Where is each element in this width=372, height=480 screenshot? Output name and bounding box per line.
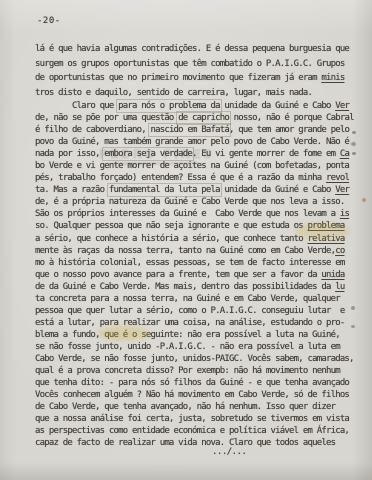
text-line: ta. Mas a razão fundamental da luta pela… (35, 184, 357, 196)
text-segment: nosso, não é porque Cabral (229, 113, 354, 123)
text-segment: nada por isso, (35, 149, 104, 159)
text-line: pés, trabalho forçado) entendem? Essa é … (35, 172, 357, 184)
text-segment: unidade da Guiné e Cabo (220, 185, 335, 195)
paper-stain (295, 223, 350, 240)
text-segment: de da Guiné e Cabo Verde. Mas mais, dent… (35, 282, 335, 292)
text-line: capaz de facto de realizar uma vida nova… (35, 437, 357, 449)
text-line: que tenha dito: - para nós só filhos da … (35, 377, 357, 389)
text-segment: tros disto e daquilo, sentido de carreir… (35, 88, 312, 98)
paper-stain (98, 326, 150, 341)
text-line: Claro que para nós o problema da unidade… (35, 100, 357, 112)
text-segment: ta concreta para a nossa terra, na Guiné… (35, 294, 340, 304)
text-line: mente às raças da nossa terra, tanto na … (35, 245, 357, 257)
pencil-boxed-text: de capricho (178, 113, 229, 123)
text-segment: São os próprios interesses da Guiné e Ca… (35, 209, 340, 219)
text-segment: que tenha dito: - para nós só filhos da … (35, 378, 349, 388)
pencil-boxed-text: para nós o problema da (118, 101, 220, 111)
text-segment: está a lutar, para realizar uma coisa, n… (35, 318, 344, 328)
text-segment: , que tem amor grande pelo (229, 125, 349, 135)
text-line: surgem os grupos oportunistas que têm co… (35, 57, 357, 72)
text-line: de, não se põe por uma questão de capric… (35, 112, 357, 124)
underlined-text: co (335, 246, 344, 256)
underlined-text: lu (335, 282, 344, 292)
text-segment: qual é a prova concreta disso? Por exemp… (35, 366, 340, 376)
underlined-text: minis (321, 73, 344, 83)
text-segment: de Cabo Verde, que tenha avançado, não h… (35, 402, 335, 412)
pencil-mark (352, 152, 356, 155)
page-number: -20- (37, 16, 61, 26)
scanned-page: PEDRO PIRES -20- lá é que havia algumas … (0, 0, 372, 480)
text-segment: que a nossa análise foi certa, justa, so… (35, 414, 349, 424)
text-line: está a lutar, para realizar uma coisa, n… (35, 317, 357, 329)
text-segment: capaz de facto de realizar uma vida nova… (35, 438, 335, 448)
pencil-mark (351, 306, 355, 310)
underlined-text: Ca (340, 149, 349, 159)
text-segment: so. Qualquer pessoa que não seja ignoran… (35, 221, 308, 231)
text-line: que o nosso povo avance para a frente, t… (35, 269, 357, 281)
document-body: lá é que havia algumas contradições. E é… (35, 42, 357, 449)
pencil-mark (352, 131, 356, 134)
paper-speck (362, 198, 366, 202)
text-segment: povo da Guiné, mas também grande amor pe… (35, 137, 349, 147)
continuation-mark: .../... (212, 447, 246, 457)
text-segment: a sério, que conhece a história a sério,… (35, 234, 308, 244)
text-line: pessoa que quer lutar a sério, como o P.… (35, 305, 357, 317)
pencil-boxed-text: embora seja verdade (104, 149, 192, 159)
text-line: nada por isso, embora seja verdade. Eu v… (35, 148, 357, 160)
text-segment: lá é que havia algumas contradições. E é… (35, 44, 349, 54)
text-segment: Vocês conhecem alguém ? Não há movimento… (35, 390, 349, 400)
text-line: que a nossa análise foi certa, justa, so… (35, 413, 357, 425)
underlined-text: unida (321, 270, 344, 280)
text-segment: pessoa que quer lutar a sério, como o P.… (35, 306, 344, 316)
text-segment: que o nosso povo avance para a frente, t… (35, 270, 321, 280)
text-segment: pés, trabalho forçado) entendem? Essa é … (35, 173, 326, 183)
text-segment: Cabo Verde, se não fosse junto, unidos-P… (35, 354, 354, 364)
text-segment: de oportunistas que no primeiro moviment… (35, 73, 321, 83)
pencil-boxed-text: fundamental da luta pela (109, 185, 220, 195)
underlined-text: is (340, 209, 349, 219)
text-line: de da Guiné e Cabo Verde. Mas mais, dent… (35, 281, 357, 293)
text-line: Vocês conhecem alguém ? Não há movimento… (35, 389, 357, 401)
text-line: Cabo Verde, se não fosse junto, unidos-P… (35, 353, 357, 365)
underlined-text: revol (326, 173, 349, 183)
text-line: povo da Guiné, mas também grande amor pe… (35, 136, 357, 148)
text-segment: ta. Mas a razão (35, 185, 109, 195)
text-segment: de, é a própria natureza da Guiné e Cabo… (35, 197, 344, 207)
text-segment: mo à história colonial, essas pessoas, s… (35, 258, 344, 268)
text-line: as perspectivas como entidade económica … (35, 425, 357, 437)
text-segment: se não fosse junto, unido -P.A.I.G.C. - … (35, 342, 340, 352)
text-line: São os próprios interesses da Guiné e Ca… (35, 208, 357, 220)
pencil-mark (351, 142, 356, 146)
paragraph: Claro que para nós o problema da unidade… (35, 100, 357, 449)
text-segment: mente às raças da nossa terra, tanto na … (35, 246, 335, 256)
paragraph: lá é que havia algumas contradições. E é… (35, 42, 357, 100)
text-line: de Cabo Verde, que tenha avançado, não h… (35, 401, 357, 413)
text-line: qual é a prova concreta disso? Por exemp… (35, 365, 357, 377)
text-segment: é filho de caboverdiano, (35, 125, 150, 135)
text-segment: Claro que (35, 101, 118, 111)
text-line: bo Verde e vi gente morrer de açoites na… (35, 160, 357, 172)
text-segment: bo Verde e vi gente morrer de açoites na… (35, 161, 349, 171)
pencil-boxed-text: nascido em Bafatá (150, 125, 229, 135)
underlined-text: Ver (335, 185, 349, 195)
text-line: tros disto e daquilo, sentido de carreir… (35, 86, 357, 101)
text-line: de, é a própria natureza da Guiné e Cabo… (35, 196, 357, 208)
text-segment: de, não se põe por uma questão (35, 113, 178, 123)
text-line: mo à história colonial, essas pessoas, s… (35, 257, 357, 269)
text-line: blema a fundo, que é o seguinte: não era… (35, 329, 357, 341)
underlined-text: Ver (335, 101, 349, 111)
text-segment: blema a fundo, que é o seguinte: não era… (35, 330, 340, 340)
text-segment: surgem os grupos oportunistas que têm co… (35, 59, 344, 69)
text-segment: . Eu vi gente morrer de fome em (192, 149, 340, 159)
text-line: de oportunistas que no primeiro moviment… (35, 71, 357, 86)
text-line: ta concreta para a nossa terra, na Guiné… (35, 293, 357, 305)
text-line: se não fosse junto, unido -P.A.I.G.C. - … (35, 341, 357, 353)
text-line: lá é que havia algumas contradições. E é… (35, 42, 357, 57)
text-segment: as perspectivas como entidade económica … (35, 426, 349, 436)
pencil-mark (351, 325, 355, 328)
text-segment: unidade da Guiné e Cabo (220, 101, 335, 111)
text-line: é filho de caboverdiano, nascido em Bafa… (35, 124, 357, 136)
